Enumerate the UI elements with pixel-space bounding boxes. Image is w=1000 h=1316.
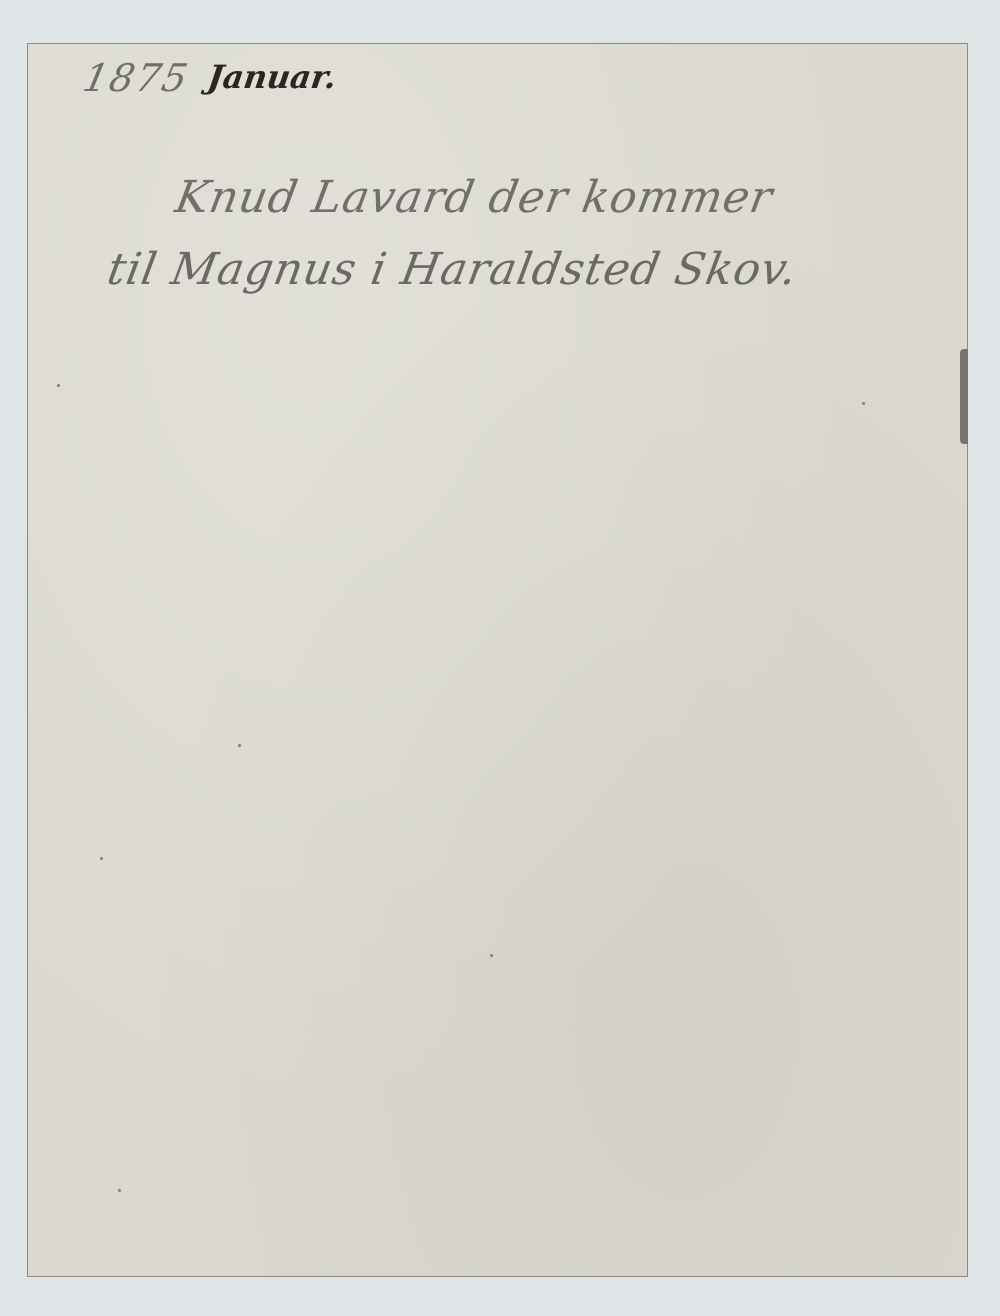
speck — [862, 402, 865, 405]
inscription-line-1: Knud Lavard der kommer — [172, 172, 777, 223]
speck — [238, 744, 241, 747]
speck — [57, 384, 60, 387]
torn-edge — [960, 349, 968, 444]
inscription-line-2: til Magnus i Haraldsted Skov. — [104, 244, 802, 295]
speck — [490, 954, 493, 957]
speck — [100, 857, 103, 860]
year-text: 1875 — [79, 56, 193, 100]
speck — [118, 1189, 121, 1192]
card: 1875 Januar. Knud Lavard der kommer til … — [27, 43, 968, 1277]
month-text: Januar. — [205, 58, 339, 96]
